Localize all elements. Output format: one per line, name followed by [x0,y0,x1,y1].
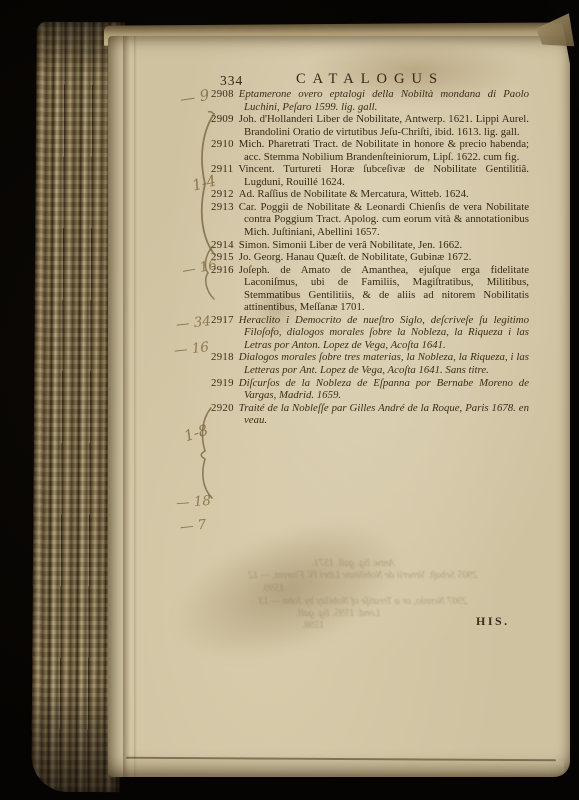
catalog-entry: 2912Ad. Raſſius de Nobilitate & Mercatur… [211,188,529,201]
next-page-edge-band [126,759,564,777]
catalog-entry: 2917Heraclito i Democrito de nueſtro Sig… [211,314,529,352]
entry-text: Heraclito i Democrito de nueſtro Siglo, … [239,314,529,351]
entry-text: Ad. Raſſius de Nobilitate & Mercatura, W… [239,188,469,200]
catalog-entry: 2915Jo. Georg. Hanau Quæſt. de Nobilitat… [211,251,529,264]
catchword: HIS. [476,614,510,629]
margin-mark: — 9 [179,86,211,108]
margin-brace-icon [200,244,216,302]
entry-number: 2917 [211,314,239,326]
entry-text: Car. Poggii de Nobilitate & Leonardi Chi… [239,201,529,238]
margin-mark: — 16 [173,339,209,359]
entry-text: Traité de la Nobleſſe par Gilles André d… [239,402,529,427]
entry-number: 2908 [211,88,239,100]
entry-text: Diſcurſos de la Nobleza de Eſpanna por B… [239,377,529,402]
book-page: 334 CATALOGUS 2908Eptamerone overo eptal… [108,36,570,777]
entry-text: Eptamerone overo eptalogi della Nobiltà … [239,88,529,113]
catalog-entry: 2911Vincent. Turtureti Horæ ſubceſivæ de… [211,163,529,188]
catalog-entry: 2920Traité de la Nobleſſe par Gilles And… [211,402,529,427]
show-through-line: 1599. [243,583,303,594]
show-through-line: 2907 Nennio, or a Treatiſe of Nobility b… [198,596,528,607]
entry-text: Simon. Simonii Liber de verâ Nobilitate,… [239,239,462,251]
gutter-crease-secondary [134,36,137,777]
margin-mark: — 7 [179,517,207,536]
show-through-line: Antw. lig. gall. 1571. [248,558,458,569]
gutter-crease [123,36,130,777]
show-through-line: Lond. 1595. lig. gall. [248,608,428,619]
catalog-entry: 2913Car. Poggii de Nobilitate & Leonardi… [211,201,529,239]
entry-text: Dialogos morales ſobre tres materias, la… [239,351,529,376]
show-through-line: 1598. [278,620,348,631]
book-photograph: 334 CATALOGUS 2908Eptamerone overo eptal… [0,0,579,800]
page-number: 334 [220,73,243,89]
catalog-entry: 2910Mich. Pharetrati Tract. de Nobilitat… [211,138,529,163]
catalog-entry: 2914Simon. Simonii Liber de verâ Nobilit… [211,239,529,252]
entry-text: Vincent. Turtureti Horæ ſubceſivæ de Nob… [238,163,529,188]
catalog-entry: 2919Diſcurſos de la Nobleza de Eſpanna p… [211,377,529,402]
entry-text: Joh. d'Hollanderi Liber de Nobilitate, A… [239,113,529,138]
catalog-entry: 2908Eptamerone overo eptalogi della Nobi… [211,88,529,113]
entry-number: 2918 [211,351,239,363]
catalog-entry: 2909Joh. d'Hollanderi Liber de Nobilitat… [211,113,529,138]
entry-text: Joſeph. de Amato de Amanthea, ejuſque er… [239,264,529,314]
entry-number: 2920 [211,402,239,414]
margin-brace-icon [196,110,216,258]
catalog-entry: 2916Joſeph. de Amato de Amanthea, ejuſqu… [211,264,529,314]
catalog-entries: 2908Eptamerone overo eptalogi della Nobi… [211,88,529,427]
margin-mark: — 34 [175,313,211,333]
entry-number: 2919 [211,377,239,389]
running-head-title: CATALOGUS [296,71,444,88]
entry-text: Jo. Georg. Hanau Quæſt. de Nobilitate, G… [239,251,472,263]
entry-text: Mich. Pharetrati Tract. de Nobilitate in… [239,138,529,163]
margin-brace-icon [196,406,214,500]
show-through-line: 2905 Sebaſt. Venerii de Nobilitate Libri… [198,570,528,581]
catalog-entry: 2918Dialogos morales ſobre tres materias… [211,351,529,376]
